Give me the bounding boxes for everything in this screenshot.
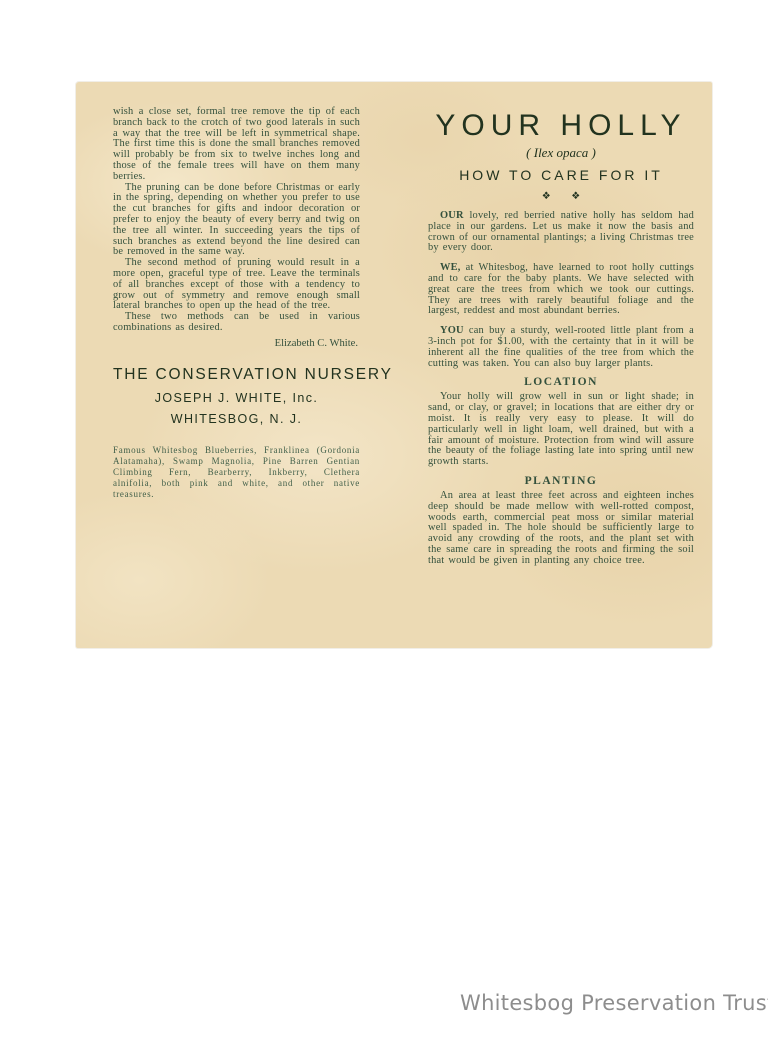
location-paragraph: Your holly will grow well in sun or ligh… (428, 392, 694, 468)
nursery-company-line: JOSEPH J. WHITE, Inc. (113, 391, 360, 405)
planting-paragraph: An area at least three feet across and e… (428, 491, 694, 567)
left-panel: wish a close set, formal tree remove the… (113, 107, 360, 500)
methods-combination-paragraph: These two methods can be used in various… (113, 312, 360, 334)
nursery-location-line: WHITESBOG, N. J. (113, 412, 360, 426)
lead-word-you: YOU (440, 325, 464, 336)
location-heading: LOCATION (428, 376, 694, 388)
nursery-name-heading: THE CONSERVATION NURSERY (113, 366, 360, 384)
diamond-ornament-icon: ❖ ❖ (428, 191, 694, 202)
preservation-trust-watermark: Whitesbog Preservation Trust (460, 991, 768, 1015)
author-signature: Elizabeth C. White. (113, 338, 360, 349)
lead-word-we: WE, (440, 262, 461, 273)
you-can-buy-paragraph: YOU can buy a sturdy, well-rooted little… (428, 326, 694, 369)
pruning-paragraph-continued: wish a close set, formal tree remove the… (113, 107, 360, 183)
our-holly-paragraph: OUR lovely, red berried native holly has… (428, 211, 694, 254)
our-paragraph-text: lovely, red berried native holly has sel… (428, 210, 694, 253)
planting-heading: PLANTING (428, 475, 694, 487)
lead-word-our: OUR (440, 210, 464, 221)
second-method-paragraph: The second method of pruning would resul… (113, 258, 360, 312)
you-paragraph-text: can buy a sturdy, well-rooted little pla… (428, 325, 694, 368)
scanned-brochure-page: wish a close set, formal tree remove the… (76, 82, 712, 648)
latin-name-subtitle: ( Ilex opaca ) (428, 145, 694, 161)
right-panel: YOUR HOLLY ( Ilex opaca ) HOW TO CARE FO… (428, 102, 694, 567)
care-tagline: HOW TO CARE FOR IT (428, 167, 694, 183)
scanner-background: { "colors": { "bg": "#ffffff", "paper": … (0, 0, 768, 1057)
nursery-plants-footnote: Famous Whitesbog Blueberries, Franklinea… (113, 445, 360, 500)
we-paragraph-text: at Whitesbog, have learned to root holly… (428, 262, 694, 316)
brochure-title: YOUR HOLLY (428, 109, 694, 143)
we-at-whitesbog-paragraph: WE, at Whitesbog, have learned to root h… (428, 263, 694, 317)
pruning-timing-paragraph: The pruning can be done before Christmas… (113, 183, 360, 259)
